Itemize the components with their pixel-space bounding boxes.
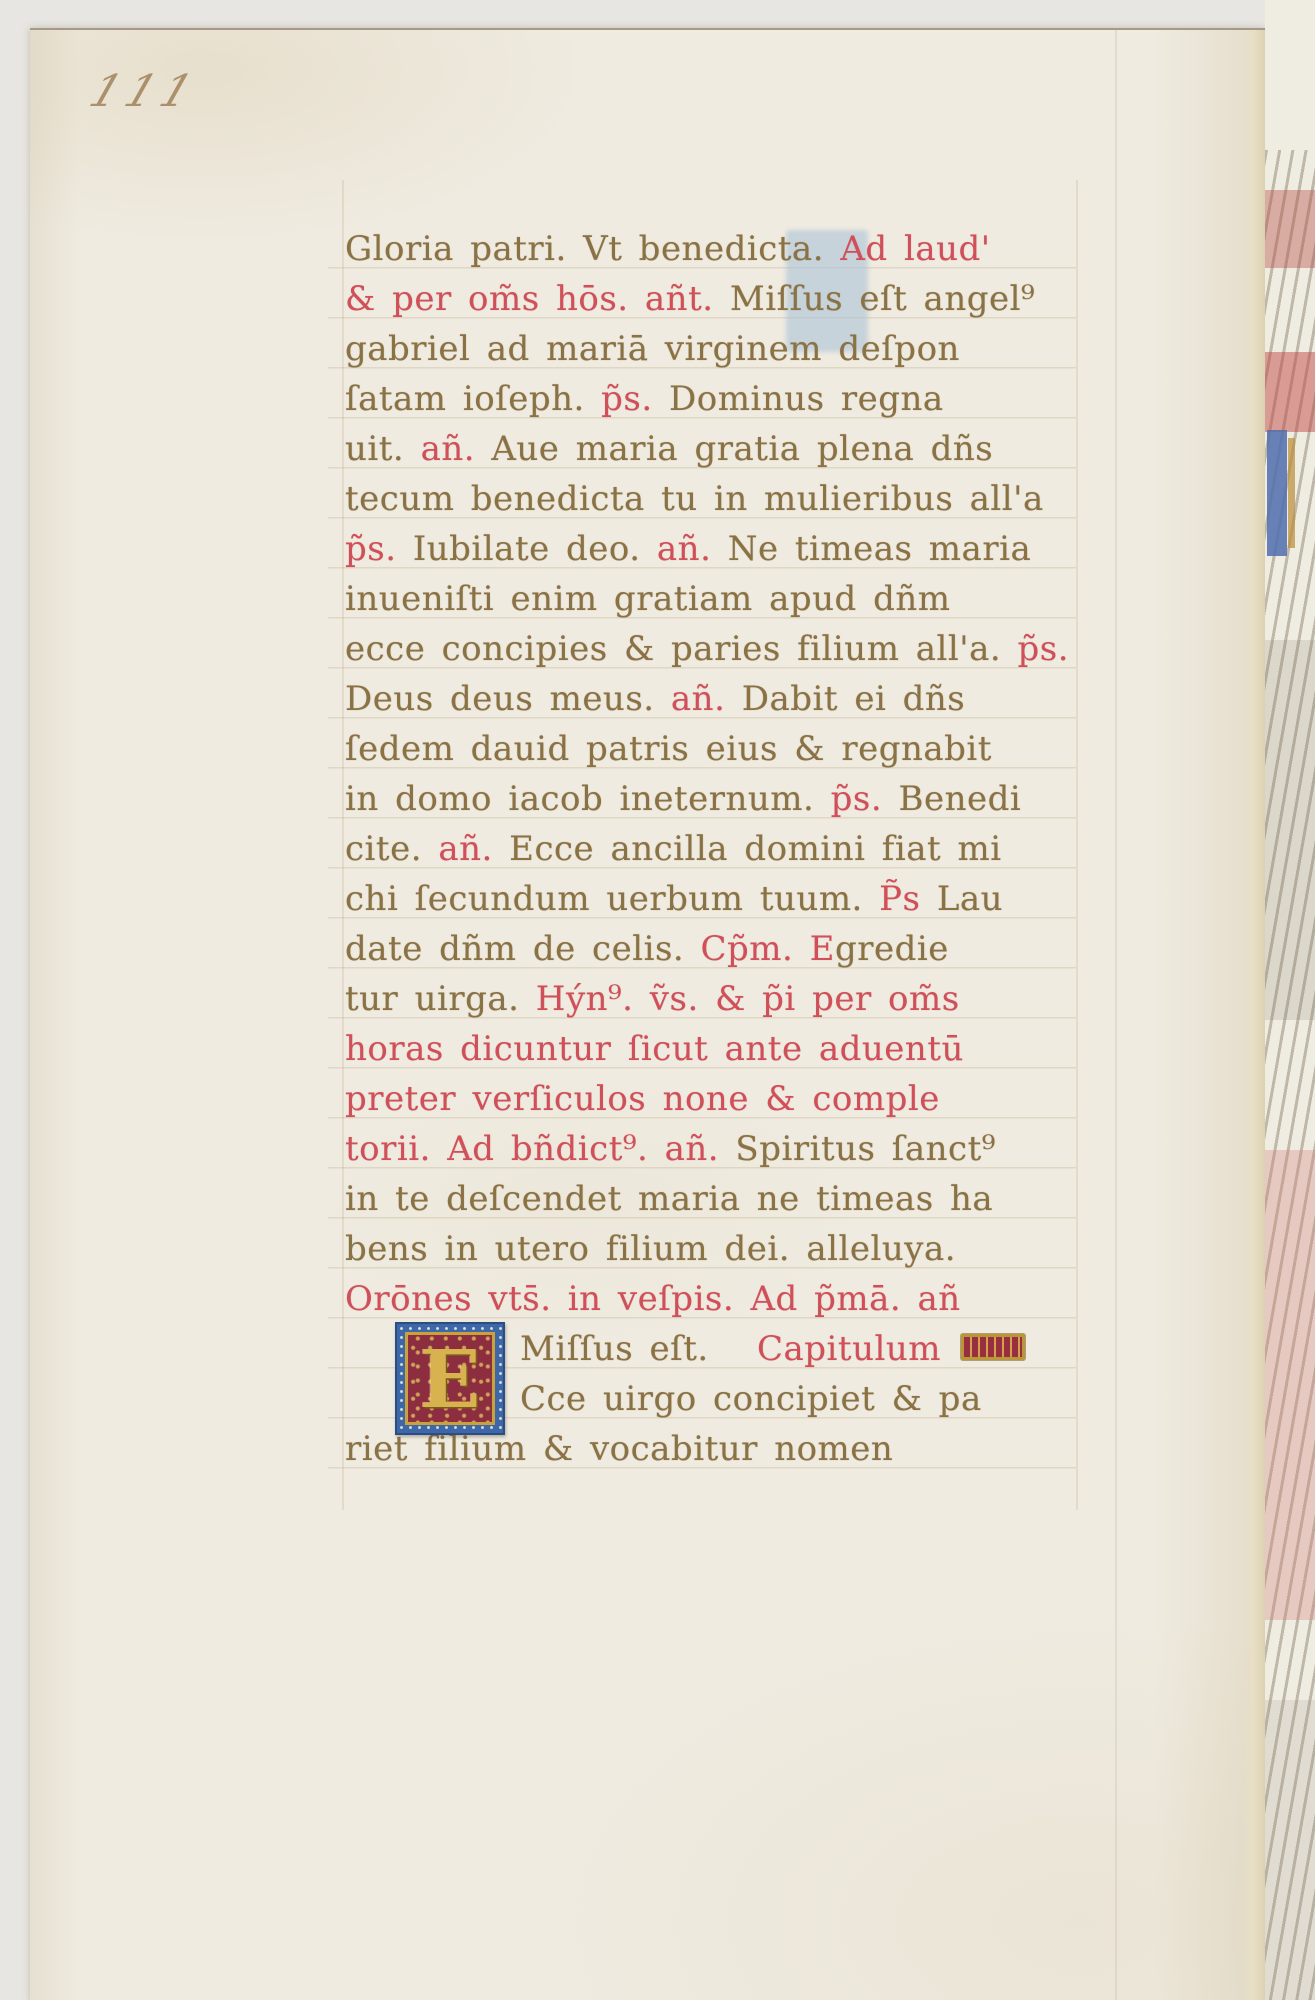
text-line: uit. añ. Aue maria gratia plena dñs xyxy=(345,424,1060,474)
text-segment: preter verſiculos none & comple xyxy=(345,1079,940,1119)
text-segment: date dñm de celis. xyxy=(345,929,701,969)
page-fore-edge-highlight xyxy=(1243,30,1265,2000)
text-segment: añ. xyxy=(421,429,492,469)
text-line: Orōnes vts̄. in veſpis. Ad p̃mā. añ xyxy=(345,1274,1060,1324)
folio-number: 111 xyxy=(83,66,207,117)
text-line: tur uirga. Hýn⁹. ṽs. & p̃i per om̃s xyxy=(345,974,1060,1024)
initial-letter: E xyxy=(420,1339,481,1419)
text-segment: p̃s. xyxy=(1018,629,1070,669)
text-segment: p̃s. xyxy=(601,379,669,419)
text-segment: Ad laud' xyxy=(840,229,990,269)
book-fore-edge xyxy=(1265,0,1315,2000)
text-line: date dñm de celis. Cp̃m. Egredie xyxy=(345,924,1060,974)
text-segment: Lau xyxy=(937,879,1003,919)
page-crease xyxy=(1115,30,1117,2000)
text-segment: inueniſti enim gratiam apud dñm xyxy=(345,579,950,619)
text-segment: Benedi xyxy=(898,779,1021,819)
text-segment: Iubilate deo. xyxy=(413,529,657,569)
text-line: & per om̃s hōs. añt. Miſſus eſt angel⁹ xyxy=(345,274,1060,324)
fore-edge-gold-illumination xyxy=(1288,438,1295,548)
fore-edge-dark-band xyxy=(1265,640,1315,1020)
text-segment: Dominus regna xyxy=(669,379,944,419)
fore-edge-red-patch xyxy=(1265,190,1315,268)
text-line: cite. añ. Ecce ancilla domini fiat mi xyxy=(345,824,1060,874)
text-segment: chi ſecundum uerbum tuum. xyxy=(345,879,879,919)
text-line: ecce concipies & paries filium all'a. p̃… xyxy=(345,624,1060,674)
text-segment: horas dicuntur ſicut ante aduentū xyxy=(345,1029,964,1069)
text-segment: p̃s. xyxy=(345,529,413,569)
ruling-vertical-left xyxy=(342,180,344,1510)
text-line: in te deſcendet maria ne timeas ha xyxy=(345,1174,1060,1224)
text-segment: tecum benedicta tu in mulieribus all'a xyxy=(345,479,1044,519)
text-segment: & per om̃s hōs. añt. xyxy=(345,279,730,319)
text-segment: uit. xyxy=(345,429,421,469)
text-line: ſedem dauid patris eius & regnabit xyxy=(345,724,1060,774)
text-segment: añ. xyxy=(671,679,742,719)
text-segment: Miſſus eſt angel⁹ xyxy=(730,279,1035,319)
fore-edge-blue-illumination xyxy=(1267,430,1287,556)
text-segment: gabriel ad mariā virginem deſpon xyxy=(345,329,960,369)
text-segment: Spiritus ſanct⁹ xyxy=(735,1129,995,1169)
text-segment: Dabit ei dñs xyxy=(742,679,966,719)
text-segment: ſedem dauid patris eius & regnabit xyxy=(345,729,992,769)
text-line: in domo iacob ineternum. p̃s. Benedi xyxy=(345,774,1060,824)
initial-ground: E xyxy=(405,1332,495,1425)
text-segment: tur uirga. xyxy=(345,979,536,1019)
text-segment: p̃s. xyxy=(831,779,899,819)
text-segment: riet filium & vocabitur nomen xyxy=(345,1429,893,1469)
text-line: preter verſiculos none & comple xyxy=(345,1074,1060,1124)
text-line: ſatam ioſeph. p̃s. Dominus regna xyxy=(345,374,1060,424)
fore-edge-pink-band xyxy=(1265,1150,1315,1620)
text-segment: torii. Ad bñdict⁹. añ. xyxy=(345,1129,735,1169)
text-segment: Cp̃m. E xyxy=(701,929,835,969)
text-segment: ſatam ioſeph. xyxy=(345,379,601,419)
text-segment: ecce concipies & paries filium all'a. xyxy=(345,629,1018,669)
text-line: gabriel ad mariā virginem deſpon xyxy=(345,324,1060,374)
text-line: chi ſecundum uerbum tuum. P̃s Lau xyxy=(345,874,1060,924)
text-segment: Gloria patri. Vt benedicta. xyxy=(345,229,840,269)
illuminated-initial: E xyxy=(395,1322,505,1435)
text-segment: gredie xyxy=(835,929,949,969)
text-segment: Capitulum xyxy=(757,1329,941,1369)
text-segment: in domo iacob ineternum. xyxy=(345,779,831,819)
text-segment: Orōnes vts̄. in veſpis. Ad p̃mā. añ xyxy=(345,1279,961,1319)
text-line: bens in utero filium dei. alleluya. xyxy=(345,1224,1060,1274)
text-line: tecum benedicta tu in mulieribus all'a xyxy=(345,474,1060,524)
text-segment: P̃s xyxy=(879,879,937,919)
text-line: p̃s. Iubilate deo. añ. Ne timeas maria xyxy=(345,524,1060,574)
text-segment: Deus deus meus. xyxy=(345,679,671,719)
text-block: Gloria patri. Vt benedicta. Ad laud'& pe… xyxy=(345,224,1060,1474)
text-segment: Cce uirgo concipiet & pa xyxy=(520,1379,982,1419)
text-line: inueniſti enim gratiam apud dñm xyxy=(345,574,1060,624)
ruling-vertical-right xyxy=(1076,180,1078,1510)
fore-edge-red-patch xyxy=(1265,352,1315,432)
text-segment: bens in utero filium dei. alleluya. xyxy=(345,1229,956,1269)
text-segment: Hýn⁹. ṽs. & p̃i per om̃s xyxy=(536,979,960,1019)
line-filler-ornament xyxy=(961,1334,1025,1360)
text-line: horas dicuntur ſicut ante aduentū xyxy=(345,1024,1060,1074)
manuscript-page: 111 Gloria patri. Vt benedicta. Ad laud'… xyxy=(30,28,1265,2000)
text-line: Deus deus meus. añ. Dabit ei dñs xyxy=(345,674,1060,724)
manuscript-photo: 111 Gloria patri. Vt benedicta. Ad laud'… xyxy=(0,0,1315,2000)
text-segment: cite. xyxy=(345,829,438,869)
text-segment: añ. xyxy=(657,529,728,569)
text-segment: in te deſcendet maria ne timeas ha xyxy=(345,1179,993,1219)
text-segment: Ne timeas maria xyxy=(728,529,1032,569)
fore-edge-gray-band xyxy=(1265,1700,1315,2000)
text-segment: Miſſus eſt. xyxy=(520,1329,725,1369)
text-segment: Aue maria gratia plena dñs xyxy=(491,429,993,469)
text-line: torii. Ad bñdict⁹. añ. Spiritus ſanct⁹ xyxy=(345,1124,1060,1174)
text-line: Gloria patri. Vt benedicta. Ad laud' xyxy=(345,224,1060,274)
text-segment: Ecce ancilla domini fiat mi xyxy=(509,829,1001,869)
text-segment: añ. xyxy=(438,829,509,869)
